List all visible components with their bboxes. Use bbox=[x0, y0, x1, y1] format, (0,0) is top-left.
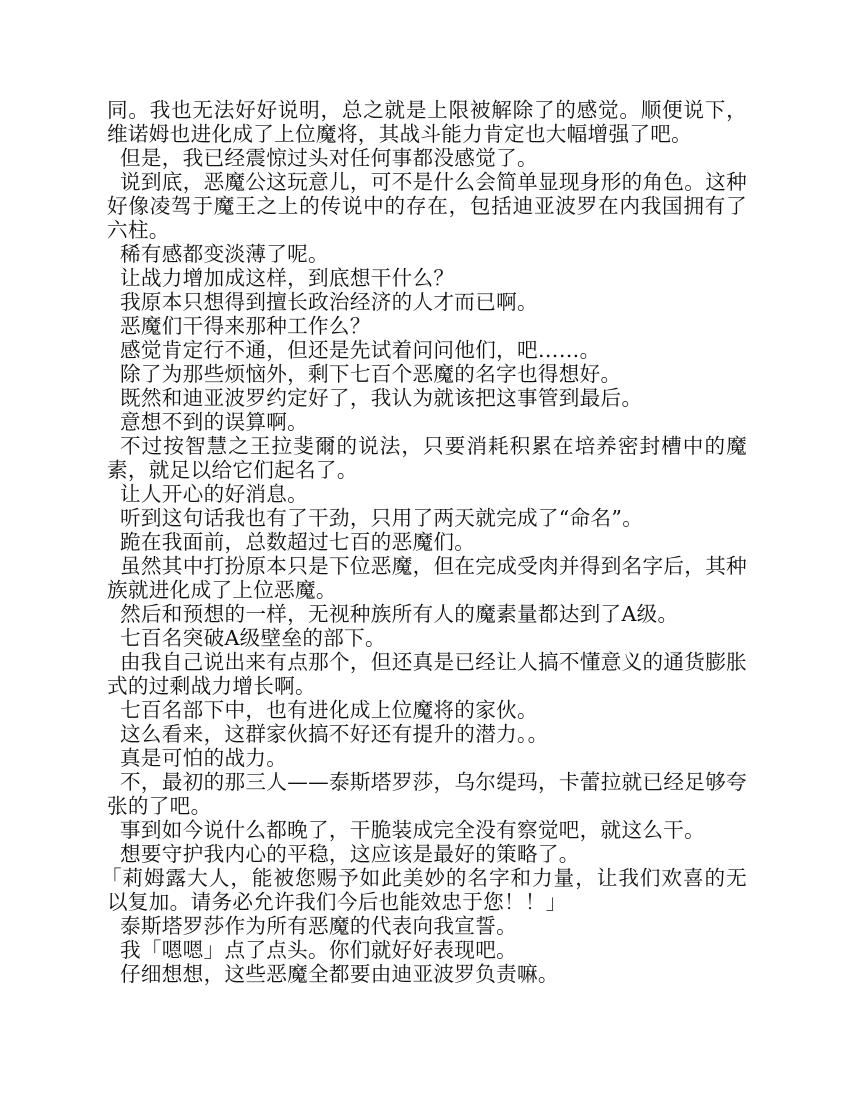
paragraph: 恶魔们干得来那种工作么？ bbox=[107, 314, 747, 338]
paragraph: 七百名突破A级壁垒的部下。 bbox=[107, 626, 747, 650]
paragraph: 让人开心的好消息。 bbox=[107, 482, 747, 506]
paragraph: 这么看来，这群家伙搞不好还有提升的潜力。。 bbox=[107, 722, 747, 746]
paragraph: 稀有感都变淡薄了呢。 bbox=[107, 242, 747, 266]
paragraph: 跪在我面前，总数超过七百的恶魔们。 bbox=[107, 530, 747, 554]
paragraph: 泰斯塔罗莎作为所有恶魔的代表向我宣誓。 bbox=[107, 914, 747, 938]
document-page: 同。我也无法好好说明，总之就是上限被解除了的感觉。顺便说下，维诺姆也进化成了上位… bbox=[107, 98, 747, 986]
paragraph: 不过按智慧之王拉斐爾的说法，只要消耗积累在培养密封槽中的魔素，就足以给它们起名了… bbox=[107, 434, 747, 482]
paragraph: 听到这句话我也有了干劲，只用了两天就完成了“命名”。 bbox=[107, 506, 747, 530]
paragraph: 仔细想想，这些恶魔全都要由迪亚波罗负责嘛。 bbox=[107, 962, 747, 986]
paragraph: 想要守护我内心的平稳，这应该是最好的策略了。 bbox=[107, 842, 747, 866]
paragraph: 由我自己说出来有点那个，但还真是已经让人搞不懂意义的通货膨胀式的过剩战力增长啊。 bbox=[107, 650, 747, 698]
paragraph: 说到底，恶魔公这玩意儿，可不是什么会简单显现身形的角色。这种好像凌驾于魔王之上的… bbox=[107, 170, 747, 242]
paragraph: 感觉肯定行不通，但还是先试着问问他们，吧……。 bbox=[107, 338, 747, 362]
paragraph: 七百名部下中，也有进化成上位魔将的家伙。 bbox=[107, 698, 747, 722]
paragraph: 不，最初的那三人——泰斯塔罗莎，乌尔缇玛，卡蕾拉就已经足够夸张的了吧。 bbox=[107, 770, 747, 818]
paragraph: 除了为那些烦恼外，剩下七百个恶魔的名字也得想好。 bbox=[107, 362, 747, 386]
paragraph: 同。我也无法好好说明，总之就是上限被解除了的感觉。顺便说下，维诺姆也进化成了上位… bbox=[107, 98, 747, 146]
paragraph: 既然和迪亚波罗约定好了，我认为就该把这事管到最后。 bbox=[107, 386, 747, 410]
paragraph: 然后和预想的一样，无视种族所有人的魔素量都达到了A级。 bbox=[107, 602, 747, 626]
paragraph: 我「嗯嗯」点了点头。你们就好好表现吧。 bbox=[107, 938, 747, 962]
paragraph: 我原本只想得到擅长政治经济的人才而已啊。 bbox=[107, 290, 747, 314]
paragraph: 让战力增加成这样，到底想干什么？ bbox=[107, 266, 747, 290]
paragraph: 事到如今说什么都晚了，干脆装成完全没有察觉吧，就这么干。 bbox=[107, 818, 747, 842]
dialog-paragraph: 「莉姆露大人，能被您赐予如此美妙的名字和力量，让我们欢喜的无以复加。请务必允许我… bbox=[107, 866, 747, 914]
paragraph: 真是可怕的战力。 bbox=[107, 746, 747, 770]
paragraph: 但是，我已经震惊过头对任何事都没感觉了。 bbox=[107, 146, 747, 170]
paragraph: 意想不到的误算啊。 bbox=[107, 410, 747, 434]
paragraph: 虽然其中打扮原本只是下位恶魔，但在完成受肉并得到名字后，其种族就进化成了上位恶魔… bbox=[107, 554, 747, 602]
